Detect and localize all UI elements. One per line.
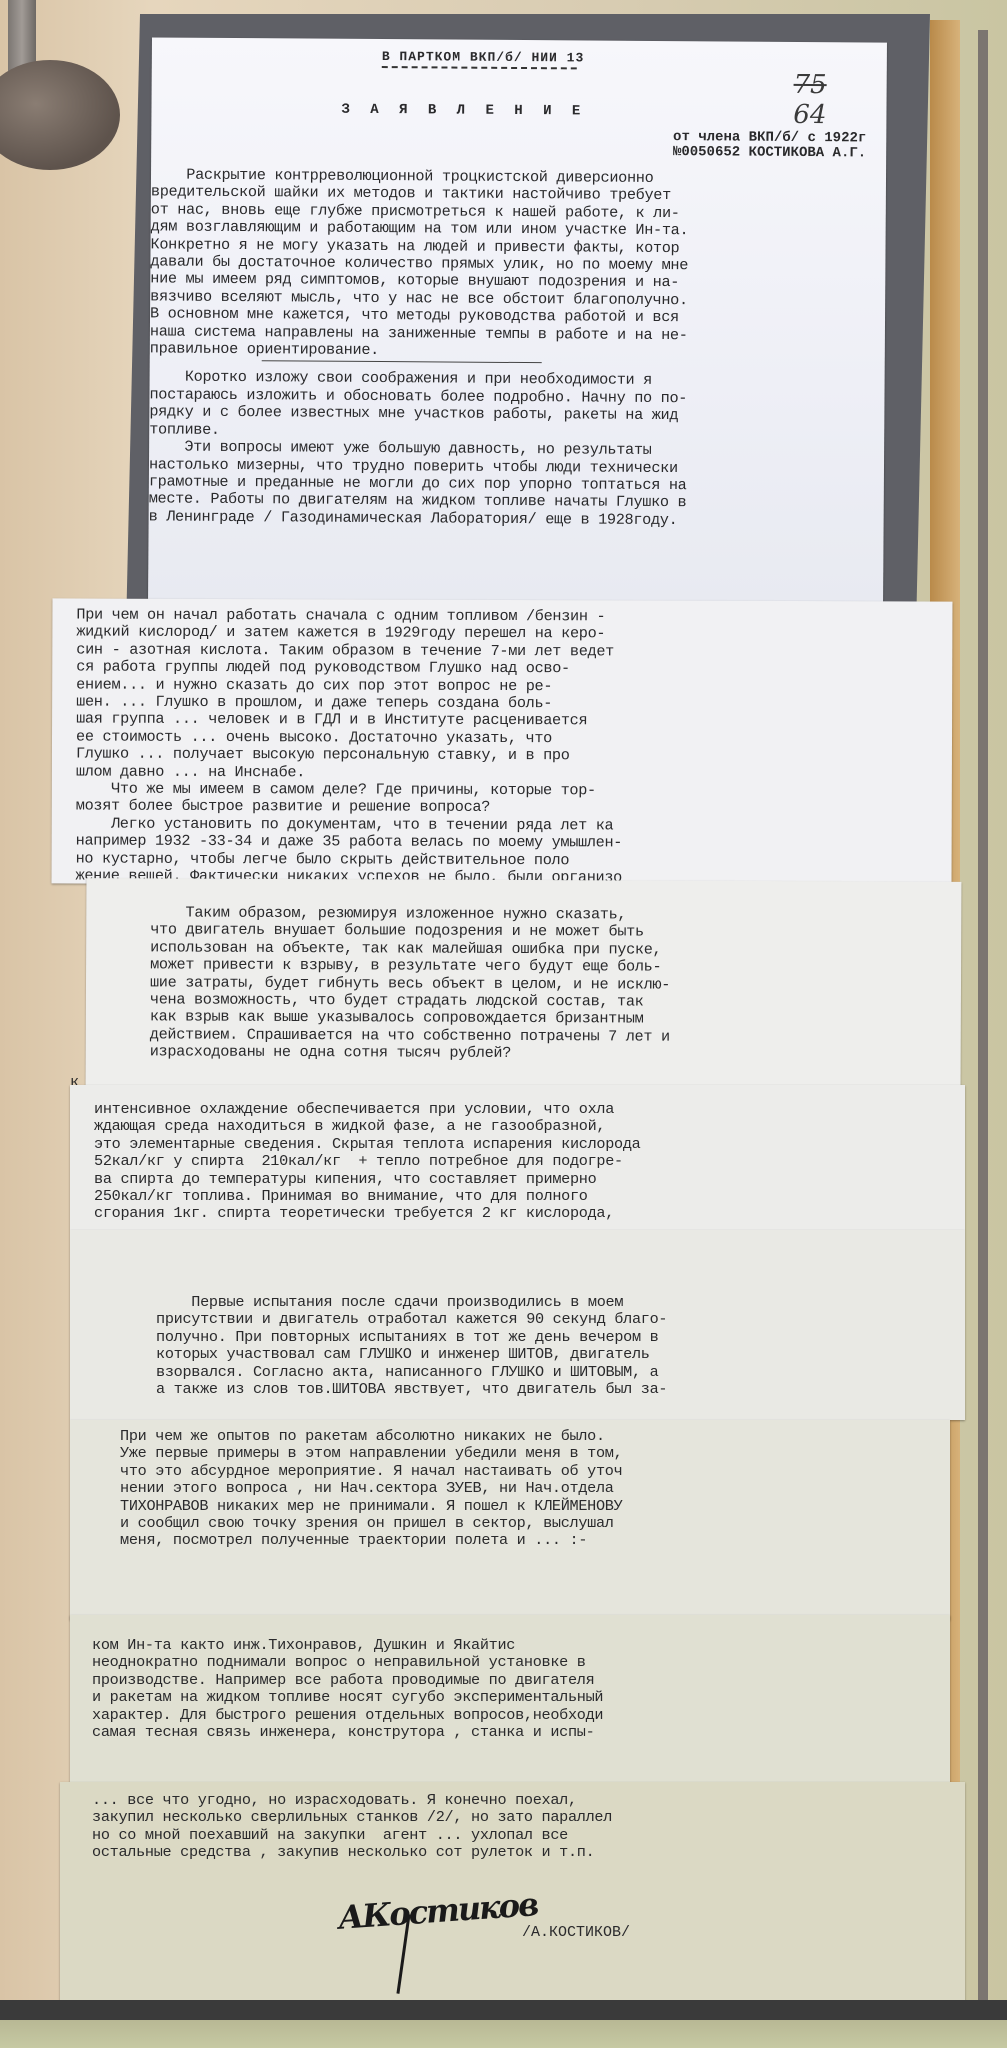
typed-line: ва спирта до температуры кипения, что со… — [94, 1171, 941, 1188]
typed-line: сгорания 1кг. спирта теоретически требуе… — [94, 1205, 941, 1222]
typed-line: характер. Для быстрого решения отдельных… — [92, 1707, 926, 1724]
addressee-header: В ПАРТКОМ ВКП/б/ НИИ 13 — [152, 47, 887, 67]
typed-line: в Ленинграде / Газодинамическая Лаборато… — [149, 508, 874, 530]
handwritten-signature: АКостиков — [337, 1885, 538, 1937]
document-page-7: ком Ин-та както инж.Тихонравов, Душкин и… — [70, 1615, 950, 1790]
typed-line: получно. При повторных испытаниях в тот … — [156, 1329, 941, 1346]
typed-line: интенсивное охлаждение обеспечивается пр… — [94, 1101, 941, 1118]
typed-line: меня, посмотрел полученные траектории по… — [120, 1532, 926, 1549]
typed-line: но со мной поехавший на закупки агент ..… — [92, 1827, 941, 1844]
body-text: Таким образом, резюмируя изложенное нужн… — [86, 878, 962, 1064]
typed-line: нении этого вопроса , ни Нач.сектора ЗУЕ… — [120, 1480, 926, 1497]
document-page-1: В ПАРТКОМ ВКП/б/ НИИ 13 75 64 З А Я В Л … — [148, 37, 887, 607]
typed-line: остальные средства , закупив несколько с… — [92, 1844, 941, 1861]
display-frame-bottom — [0, 2000, 1007, 2048]
document-page-2: При чем он начал работать сначала с одни… — [52, 598, 953, 886]
typed-line: Уже первые примеры в этом направлении уб… — [120, 1445, 926, 1462]
typed-line: и сообщил свою точку зрения он пришел в … — [120, 1515, 926, 1532]
body-text: интенсивное охлаждение обеспечивается пр… — [70, 1085, 965, 1223]
typed-line: ... все что угодно, но израсходовать. Я … — [92, 1792, 941, 1809]
header-rule — [382, 66, 577, 69]
body-text: Коротко изложу свои соображения и при не… — [149, 369, 885, 531]
document-page-6: При чем же опытов по ракетам абсолютно н… — [70, 1420, 950, 1620]
typed-line: ком Ин-та както инж.Тихонравов, Душкин и… — [92, 1637, 926, 1654]
body-text: При чем же опытов по ракетам абсолютно н… — [70, 1420, 950, 1550]
document-title: З А Я В Л Е Н И Е — [151, 100, 886, 121]
typed-line: ждающая среда находиться в жидкой фазе, … — [94, 1118, 941, 1135]
archive-page-numbers: 75 64 — [793, 70, 827, 130]
archive-number-crossed: 75 — [793, 70, 826, 100]
body-text: При чем он начал работать сначала с одни… — [52, 598, 953, 886]
typed-line: ТИХОНРАВОВ никаких мер не принимали. Я п… — [120, 1498, 926, 1515]
typed-line: что это абсурдное мероприятие. Я начал н… — [120, 1463, 926, 1480]
typed-line: 250кал/кг топлива. Принимая во внимание,… — [94, 1188, 941, 1205]
typed-line: правильное ориентирование. — [150, 340, 875, 362]
typed-signatory-name: /А.КОСТИКОВ/ — [522, 1924, 630, 1941]
typed-line: 52кал/кг у спирта 210кал/кг + тепло потр… — [94, 1153, 941, 1170]
typed-line: закупил несколько сверлильных станков /2… — [92, 1809, 941, 1826]
document-page-4: интенсивное охлаждение обеспечивается пр… — [70, 1085, 965, 1230]
section-rule — [262, 361, 542, 364]
typed-line: присутствии и двигатель отработал кажетс… — [156, 1311, 941, 1328]
typed-line: самая тесная связь инженера, конструтора… — [92, 1724, 926, 1741]
typed-line: взорвался. Согласно акта, написанного ГЛ… — [156, 1364, 941, 1381]
typed-line: производстве. Например все работа провод… — [92, 1672, 926, 1689]
body-text: ... все что угодно, но израсходовать. Я … — [60, 1782, 965, 1862]
typed-line: и ракетам на жидком топливе носят сугубо… — [92, 1689, 926, 1706]
body-text: Раскрытие контрреволюционной троцкистско… — [150, 156, 886, 363]
typed-line: это элементарные сведения. Скрытая тепло… — [94, 1136, 941, 1153]
archive-number-current: 64 — [793, 100, 826, 130]
document-page-5: Первые испытания после сдачи производили… — [70, 1230, 965, 1420]
document-page-8: ... все что угодно, но израсходовать. Я … — [60, 1782, 965, 2002]
typed-line: израсходованы не одна сотня тысяч рублей… — [150, 1044, 937, 1065]
typed-line: а также из слов тов.ШИТОВА явствует, что… — [156, 1381, 941, 1398]
document-page-3: Таким образом, резюмируя изложенное нужн… — [86, 878, 962, 1092]
body-text: ком Ин-та както инж.Тихонравов, Душкин и… — [70, 1615, 950, 1741]
typed-line: Первые испытания после сдачи производили… — [156, 1294, 941, 1311]
typed-line: которых участвовал сам ГЛУШКО и инженер … — [156, 1346, 941, 1363]
typed-line: неоднократно поднимали вопрос о неправил… — [92, 1654, 926, 1671]
signature-block: АКостиков /А.КОСТИКОВ/ — [60, 1874, 965, 1994]
typed-line: При чем же опытов по ракетам абсолютно н… — [120, 1428, 926, 1445]
display-frame-edge-outer — [978, 30, 988, 2048]
body-text: Первые испытания после сдачи производили… — [70, 1230, 965, 1398]
wall-bracket-base — [0, 60, 120, 170]
